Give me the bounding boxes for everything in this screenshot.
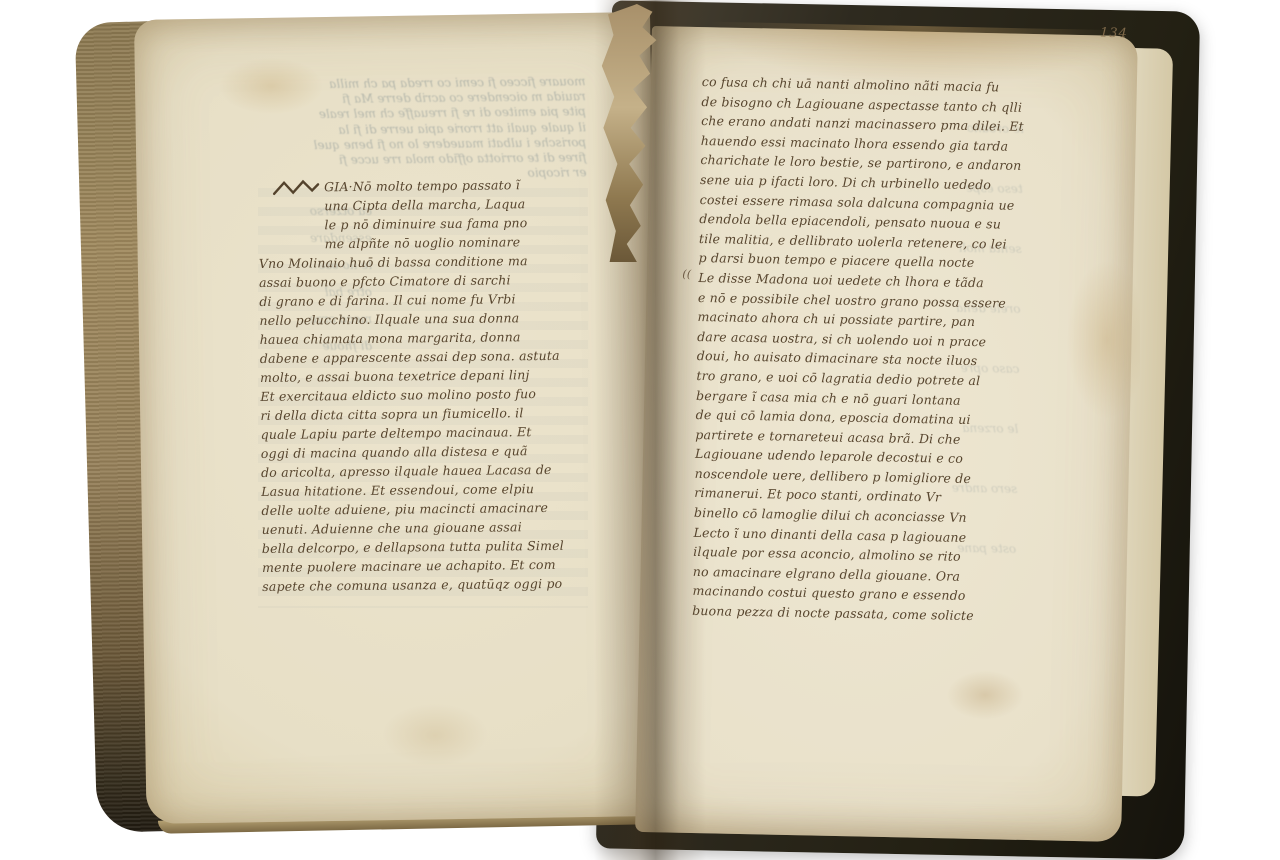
right-page-lines: co fusa ch chi uā nanti almolino nãti ma… — [692, 74, 1034, 629]
initial-flourish-icon — [272, 179, 320, 198]
right-page-text: (( co fusa ch chi uā nanti almolino nãti… — [692, 74, 1034, 629]
margin-mark: (( — [682, 268, 691, 281]
body-lines: Vno Molinaio huō di bassa conditione maa… — [259, 253, 595, 598]
manuscript-photo: mouare ficceo fi cemi co rreda pa ch mil… — [0, 0, 1280, 860]
text-line: sapete che comuna usanza e, quatūqz oggi… — [262, 576, 594, 598]
folio-number: 134 — [1100, 26, 1128, 42]
left-page-bleedthrough-block: mouare ficceo fi cemi co rreda pa ch mil… — [255, 74, 586, 184]
left-page-text: GIA·Nō molto tempo passato ĩuna Cipta de… — [258, 177, 594, 598]
